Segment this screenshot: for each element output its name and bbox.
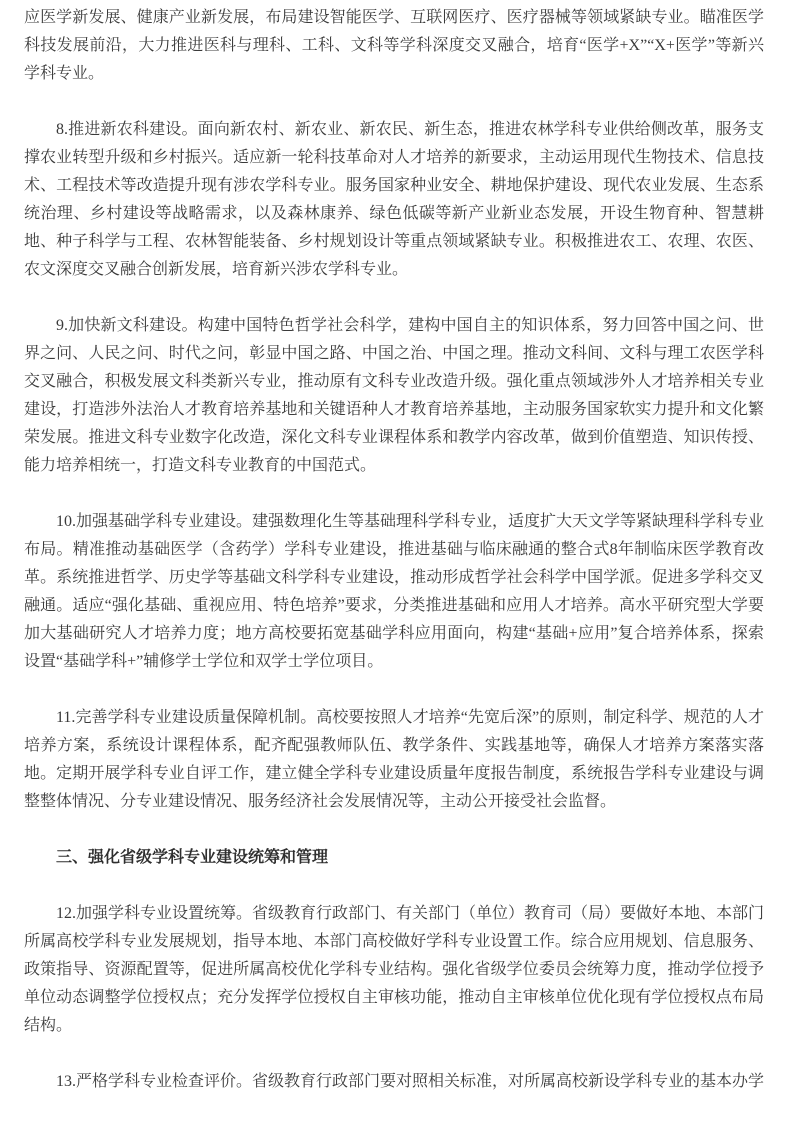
paragraph-item-11: 11.完善学科专业建设质量保障机制。高校要按照人才培养“先宽后深”的原则，制定科… [24, 704, 764, 816]
paragraph-item-13: 13.严格学科专业检查评价。省级教育行政部门要对照相关标准，对所属高校新设学科专… [24, 1068, 764, 1096]
section-heading-3: 三、强化省级学科专业建设统筹和管理 [24, 844, 764, 872]
paragraph-item-9: 9.加快新文科建设。构建中国特色哲学社会科学，建构中国自主的知识体系，努力回答中… [24, 312, 764, 480]
document-page: 应医学新发展、健康产业新发展，布局建设智能医学、互联网医疗、医疗器械等领域紧缺专… [0, 0, 793, 1122]
paragraph-item-12: 12.加强学科专业设置统筹。省级教育行政部门、有关部门（单位）教育司（局）要做好… [24, 900, 764, 1040]
paragraph-continuation: 应医学新发展、健康产业新发展，布局建设智能医学、互联网医疗、医疗器械等领域紧缺专… [24, 4, 764, 88]
paragraph-item-10: 10.加强基础学科专业建设。建强数理化生等基础理科学科专业，适度扩大天文学等紧缺… [24, 508, 764, 676]
paragraph-item-8: 8.推进新农科建设。面向新农村、新农业、新农民、新生态，推进农林学科专业供给侧改… [24, 116, 764, 284]
